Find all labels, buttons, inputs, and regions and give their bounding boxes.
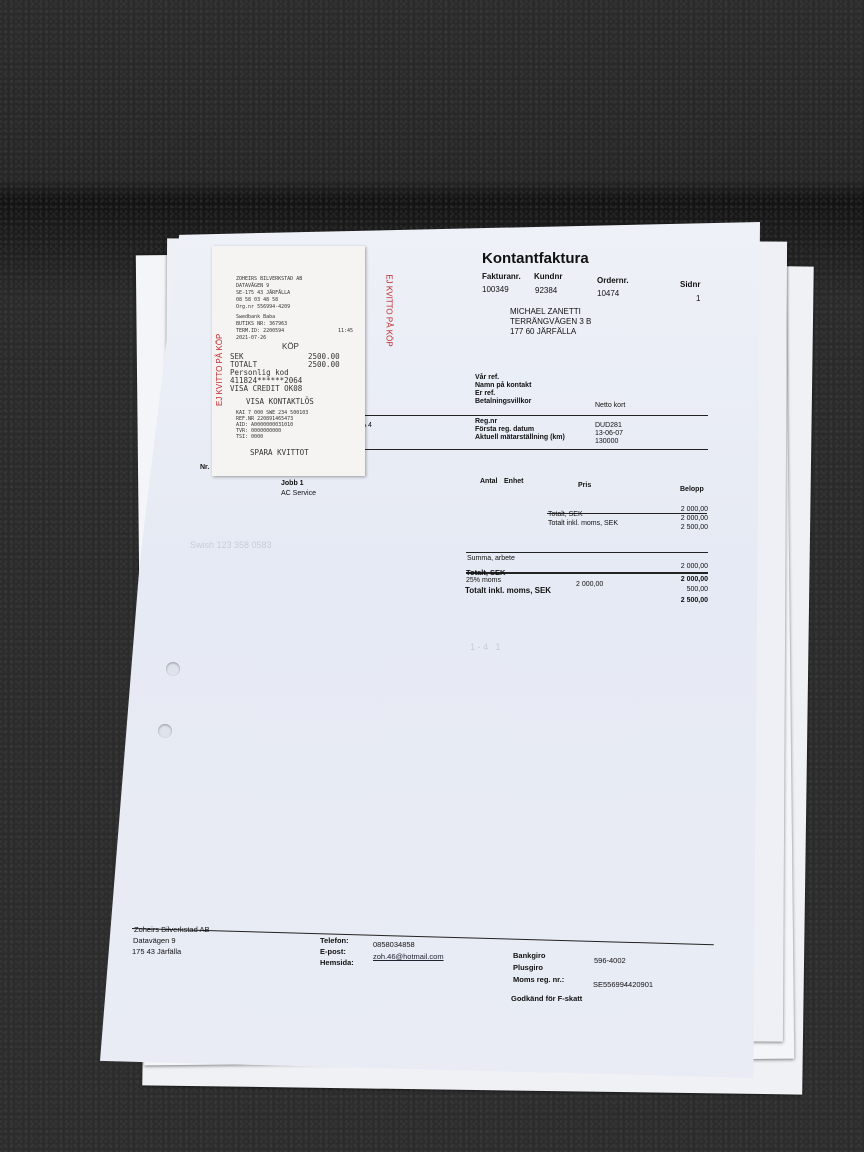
bankgiro: 596-4002 bbox=[594, 956, 626, 965]
odometer-label: Aktuell mätarställning (km) bbox=[475, 434, 565, 441]
receipt-bank-line: TERM.ID: 2200594 bbox=[236, 328, 284, 334]
vat-base: 2 000,00 bbox=[576, 581, 603, 588]
payment-terms-value: Netto kort bbox=[595, 402, 625, 409]
customer-street: TERRÄNGVÄGEN 3 B bbox=[510, 317, 591, 326]
labor-sum: 2 000,00 bbox=[660, 563, 708, 570]
email-label: E-post: bbox=[320, 947, 346, 956]
total-incl-label: Totalt inkl. moms, SEK bbox=[465, 586, 551, 595]
order-no: 10474 bbox=[597, 289, 619, 298]
web-label: Hemsida: bbox=[320, 958, 354, 967]
receipt-merchant-line: Org.nr 556994-4209 bbox=[236, 304, 290, 310]
invoice-title: Kontantfaktura bbox=[482, 250, 589, 267]
col-nr: Nr. bbox=[200, 464, 209, 471]
footer-street: Datavägen 9 bbox=[133, 936, 176, 945]
card-receipt: EJ KVITTO PÅ KÖP EJ KVITTO PÅ KÖP ZOHEIR… bbox=[212, 246, 365, 476]
phone: 0858034858 bbox=[373, 940, 415, 949]
total-label: Totalt, SEK bbox=[466, 568, 505, 577]
job-total-incl: 2 500,00 bbox=[660, 524, 708, 531]
receipt-merchant-line: SE-175 43 JÄRFÄLLA bbox=[236, 290, 290, 296]
receipt-tech-line: TSI: 0000 bbox=[236, 434, 263, 440]
receipt-merchant-line: ZOHEIRS BILVERKSTAD AB bbox=[236, 276, 302, 282]
total: 2 000,00 bbox=[660, 576, 708, 583]
first-reg-date: 13-06-07 bbox=[595, 430, 623, 437]
receipt-merchant-line: 08 58 03 48 58 bbox=[236, 297, 278, 303]
job-total-label: Totalt, SEK bbox=[548, 511, 583, 518]
customer-no-label: Kundnr bbox=[534, 272, 562, 281]
line-amount: 2 000,00 bbox=[660, 506, 708, 513]
invoice-no: 100349 bbox=[482, 285, 509, 294]
job-total: 2 000,00 bbox=[660, 515, 708, 522]
receipt-card-type: VISA CREDIT OK08 bbox=[230, 384, 302, 393]
customer-city: 177 60 JÄRFÄLLA bbox=[510, 327, 576, 336]
reg-nr: DUD281 bbox=[595, 422, 622, 429]
receipt-side-text: EJ KVITTO PÅ KÖP bbox=[384, 274, 393, 346]
vat-amount: 500,00 bbox=[660, 586, 708, 593]
invoice-page: Kontantfaktura Fakturanr. Kundnr Ordernr… bbox=[100, 222, 760, 1078]
phone-label: Telefon: bbox=[320, 936, 349, 945]
divider bbox=[350, 449, 708, 450]
receipt-type: KÖP bbox=[282, 342, 299, 351]
receipt-footer: SPARA KVITTOT bbox=[250, 448, 309, 457]
payment-terms-label: Betalningsvillkor bbox=[475, 398, 531, 405]
invoice-no-label: Fakturanr. bbox=[482, 272, 521, 281]
vat-label: 25% moms bbox=[466, 577, 501, 584]
footer-divider bbox=[132, 928, 714, 945]
receipt-bank-line: Swedbank Baba bbox=[236, 314, 275, 320]
line-job: Jobb 1 bbox=[281, 480, 304, 487]
labor-sum-label: Summa, arbete bbox=[467, 555, 515, 562]
receipt-side-text: EJ KVITTO PÅ KÖP bbox=[215, 334, 224, 406]
divider bbox=[466, 552, 708, 553]
total-incl: 2 500,00 bbox=[660, 597, 708, 604]
page-no-label: Sidnr bbox=[680, 280, 700, 289]
col-price: Pris bbox=[578, 482, 591, 489]
contact-name-label: Namn på kontakt bbox=[475, 382, 531, 389]
f-tax-note: Godkänd för F-skatt bbox=[511, 994, 582, 1003]
footer-city: 175 43 Järfälla bbox=[132, 947, 181, 956]
col-unit: Enhet bbox=[504, 478, 523, 485]
line-description: AC Service bbox=[281, 490, 316, 497]
plusgiro-label: Plusgiro bbox=[513, 963, 543, 972]
col-qty: Antal bbox=[480, 478, 498, 485]
vat-reg-label: Moms reg. nr.: bbox=[513, 975, 564, 984]
customer-name: MICHAEL ZANETTI bbox=[510, 307, 581, 316]
col-amount: Belopp bbox=[680, 486, 704, 493]
punch-hole bbox=[158, 724, 172, 738]
footer-company: Zoheirs Bilverkstad AB bbox=[134, 925, 209, 934]
vat-reg: SE556994420901 bbox=[593, 980, 653, 989]
order-no-label: Ordernr. bbox=[597, 276, 629, 285]
receipt-total-amount: 2500.00 bbox=[308, 360, 340, 369]
job-total-incl-label: Totalt inkl. moms, SEK bbox=[548, 520, 618, 527]
receipt-bank-line: BUTIKS NR: 367963 bbox=[236, 321, 287, 327]
first-reg-label: Första reg. datum bbox=[475, 426, 534, 433]
receipt-time: 11:45 bbox=[338, 328, 353, 334]
divider bbox=[350, 415, 708, 416]
customer-no: 92384 bbox=[535, 286, 557, 295]
odometer: 130000 bbox=[595, 438, 618, 445]
receipt-bank-line: 2021-07-26 bbox=[236, 335, 266, 341]
punch-hole bbox=[166, 662, 180, 676]
receipt-contactless: VISA KONTAKTLÖS bbox=[246, 397, 314, 406]
receipt-merchant-line: DATAVÄGEN 9 bbox=[236, 283, 269, 289]
your-ref-label: Er ref. bbox=[475, 390, 495, 397]
bankgiro-label: Bankgiro bbox=[513, 951, 546, 960]
our-ref-label: Vår ref. bbox=[475, 374, 499, 381]
email-link[interactable]: zoh.46@hotmail.com bbox=[373, 952, 444, 961]
page-no: 1 bbox=[696, 294, 700, 303]
reg-nr-label: Reg.nr bbox=[475, 418, 497, 425]
